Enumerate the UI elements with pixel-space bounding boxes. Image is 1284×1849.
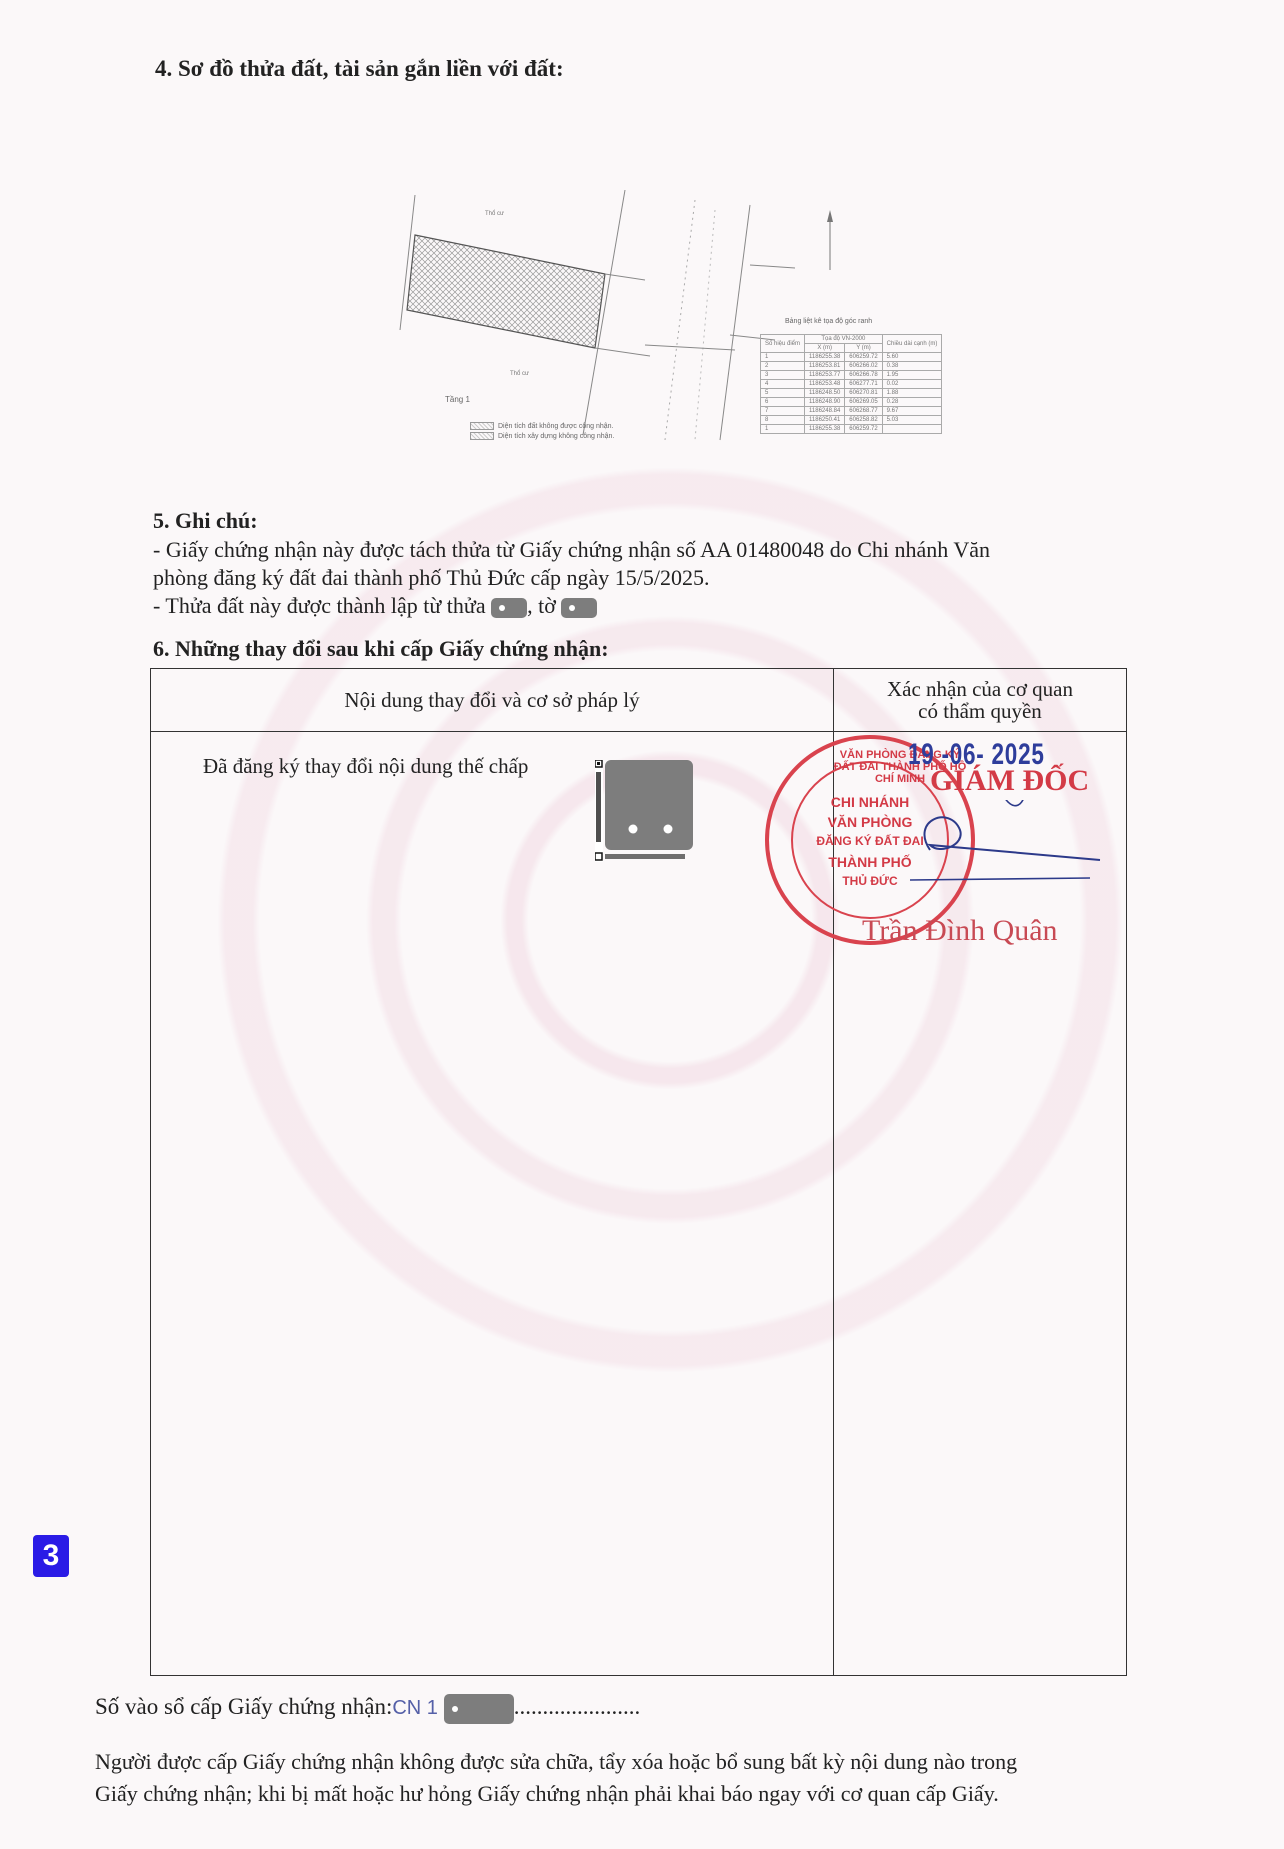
table-row: 51186248.50606270.811.88 [761,389,942,398]
table-row: 61186248.90606269.050.28 [761,398,942,407]
change-content: Đã đăng ký thay đổi nội dung thế chấp [151,732,834,1676]
diagram-legend: Diện tích đất không được công nhận. Diện… [470,422,614,442]
register-number-value: CN 1 [392,1697,438,1719]
redaction-block [605,760,693,850]
footer-warning-line-1: Người được cấp Giấy chứng nhận không đượ… [95,1748,1017,1776]
redacted-sheet-number [561,598,597,618]
qr-code [595,760,695,862]
section-5-heading: 5. Ghi chú: [153,508,258,534]
table-row: 71186248.84606268.779.67 [761,407,942,416]
svg-text:Thổ cư: Thổ cư [485,210,504,217]
table-row: 81186250.41606258.825.03 [761,416,942,425]
handwritten-signature [900,800,1120,900]
table-row: 11186255.38606259.725.60 [761,353,942,362]
column-header-content: Nội dung thay đổi và cơ sở pháp lý [151,669,834,732]
redacted-register-number [444,1694,514,1724]
page-number-badge: 3 [33,1535,69,1577]
coordinate-table: Số hiệu điểmTọa độ VN-2000Chiều dài cạnh… [760,334,942,434]
coordinate-table-title: Bảng liệt kê tọa độ góc ranh [785,318,872,325]
note-line-3: - Thửa đất này được thành lập từ thửa , … [153,592,597,620]
register-number-line: Số vào sổ cấp Giấy chứng nhận:CN 1 .....… [95,1693,640,1724]
note-line-1: - Giấy chứng nhận này được tách thửa từ … [153,536,990,564]
section-4-heading: 4. Sơ đồ thửa đất, tài sản gắn liền với … [155,56,564,82]
note-line-2: phòng đăng ký đất đai thành phố Thủ Đức … [153,564,710,592]
table-row: 31186253.77606266.781.95 [761,371,942,380]
signer-name: Trần Đình Quân [862,914,1058,948]
redacted-parcel-number [491,598,527,618]
footer-warning-line-2: Giấy chứng nhận; khi bị mất hoặc hư hỏng… [95,1780,999,1808]
svg-text:Tầng 1: Tầng 1 [445,395,470,404]
table-row: 21186253.81606266.020.38 [761,362,942,371]
column-header-confirmation: Xác nhận của cơ quan có thẩm quyền [834,669,1127,732]
signer-title: GIÁM ĐỐC [930,764,1089,798]
section-6-heading: 6. Những thay đổi sau khi cấp Giấy chứng… [153,636,609,662]
table-row: 41186253.48606277.710.02 [761,380,942,389]
svg-text:Thổ cư: Thổ cư [510,370,529,377]
table-row: 11186255.38606259.72 [761,425,942,434]
